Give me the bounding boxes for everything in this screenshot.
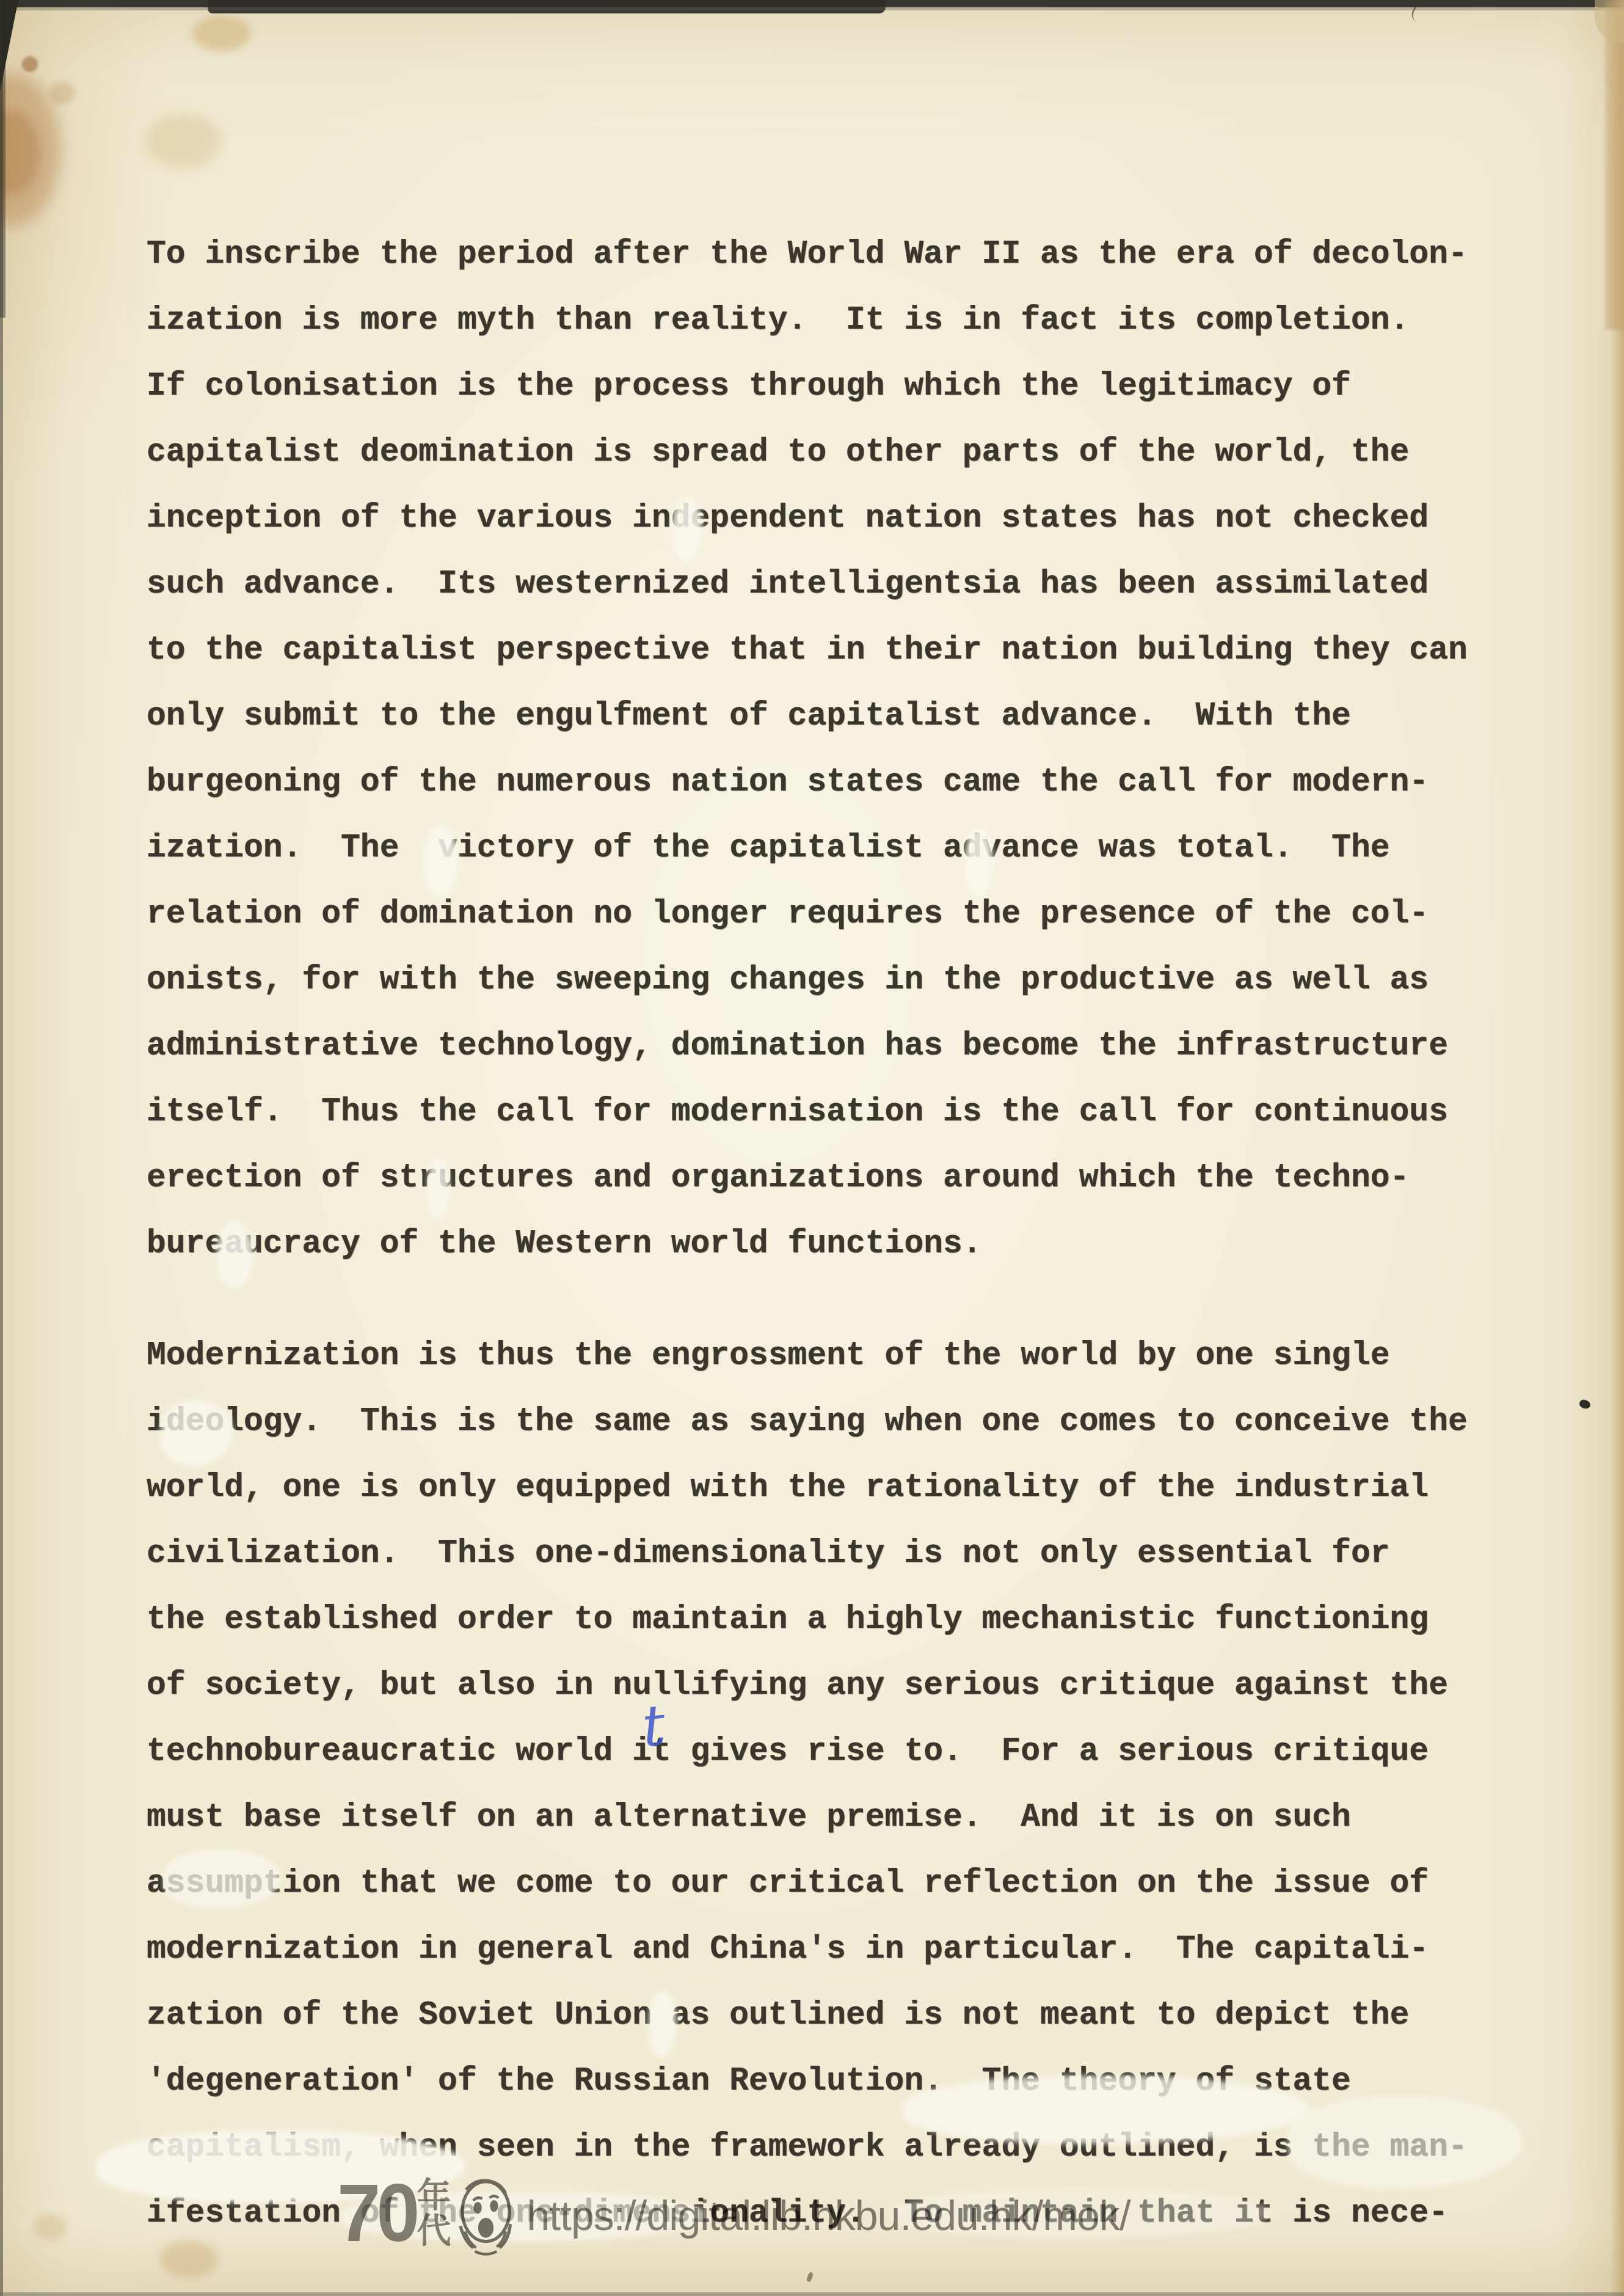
typed-line: erection of structures and organizations…: [147, 1145, 1515, 1211]
typed-line: technobureaucratic world it gives rise t…: [147, 1718, 1515, 1784]
typed-line: must base itself on an alternative premi…: [147, 1784, 1515, 1850]
typed-line: inception of the various independent nat…: [147, 485, 1515, 551]
typed-line: Modernization is thus the engrossment of…: [147, 1322, 1515, 1388]
scan-edge-left-top: [0, 0, 5, 318]
watermark: 70 年 代 https://digital.lib.hkbu.edu.hk/m…: [337, 2172, 1131, 2270]
handwritten-t-correction: t: [640, 1697, 668, 1755]
stain-top-center: [192, 16, 250, 51]
typed-paragraph-1: To inscribe the period after the World W…: [147, 221, 1515, 1277]
scanned-page: To inscribe the period after the World W…: [0, 0, 1624, 2296]
typed-line: ization is more myth than reality. It is…: [147, 287, 1515, 353]
watermark-url: https://digital.lib.hkbu.edu.hk/mok/: [526, 2195, 1130, 2237]
typed-line: burgeoning of the numerous nation states…: [147, 749, 1515, 815]
typed-line: 'degeneration' of the Russian Revolution…: [147, 2048, 1515, 2114]
typed-line: only submit to the engulfment of capital…: [147, 683, 1515, 749]
typed-line: itself. Thus the call for modernisation …: [147, 1079, 1515, 1145]
typed-line: capitalist deomination is spread to othe…: [147, 419, 1515, 485]
stain-small-dot: [22, 56, 38, 72]
watermark-logo-dai-char: 代: [417, 2214, 451, 2249]
scan-edge-left: [0, 0, 3, 2296]
stain-bottom-edge-faint: [34, 2214, 67, 2240]
typed-paragraph-2: Modernization is thus the engrossment of…: [147, 1322, 1515, 2246]
typed-line: administrative technology, domination ha…: [147, 1013, 1515, 1079]
stain-faint-upper-left: [49, 82, 75, 104]
ink-dot: [1578, 1399, 1591, 1410]
typed-line: modernization in general and China's in …: [147, 1916, 1515, 1982]
watermark-logo-70: 70: [337, 2175, 415, 2252]
scan-edge-top-shadow: [0, 7, 1624, 10]
typed-line: to the capitalist perspective that in th…: [147, 617, 1515, 683]
watermark-logo-year-char: 年: [417, 2178, 451, 2214]
stain-bottom-left: [160, 2240, 218, 2278]
watermark-logo-chars: 年 代: [417, 2178, 451, 2249]
typed-line: of society, but also in nullifying any s…: [147, 1652, 1515, 1718]
typed-line: the established order to maintain a high…: [147, 1586, 1515, 1652]
scan-edge-right: [1610, 0, 1624, 2296]
typed-line: such advance. Its westernized intelligen…: [147, 551, 1515, 617]
typed-line: assumption that we come to our critical …: [147, 1850, 1515, 1916]
typed-line: zation of the Soviet Union as outlined i…: [147, 1982, 1515, 2048]
top-right-corner-wear: [1595, 0, 1624, 43]
typed-line: onists, for with the sweeping changes in…: [147, 947, 1515, 1013]
stain-upper-left-faint: [145, 113, 222, 169]
typed-line: world, one is only equipped with the rat…: [147, 1454, 1515, 1520]
scan-edge-right-top: [1606, 0, 1624, 330]
screaming-face-icon: [453, 2173, 517, 2259]
scan-edge-bottom: [0, 2292, 1624, 2296]
typed-line: relation of domination no longer require…: [147, 881, 1515, 947]
stain-bottom-speck: [806, 2272, 814, 2283]
typed-text: To inscribe the period after the World W…: [147, 221, 1515, 2246]
typed-line: If colonisation is the process through w…: [147, 353, 1515, 419]
typed-line: bureaucracy of the Western world functio…: [147, 1211, 1515, 1277]
typed-line: ideology. This is the same as saying whe…: [147, 1388, 1515, 1454]
typed-line: civilization. This one-dimensionality is…: [147, 1520, 1515, 1586]
typed-line: To inscribe the period after the World W…: [147, 221, 1515, 287]
typed-line: ization. The victory of the capitalist a…: [147, 815, 1515, 881]
